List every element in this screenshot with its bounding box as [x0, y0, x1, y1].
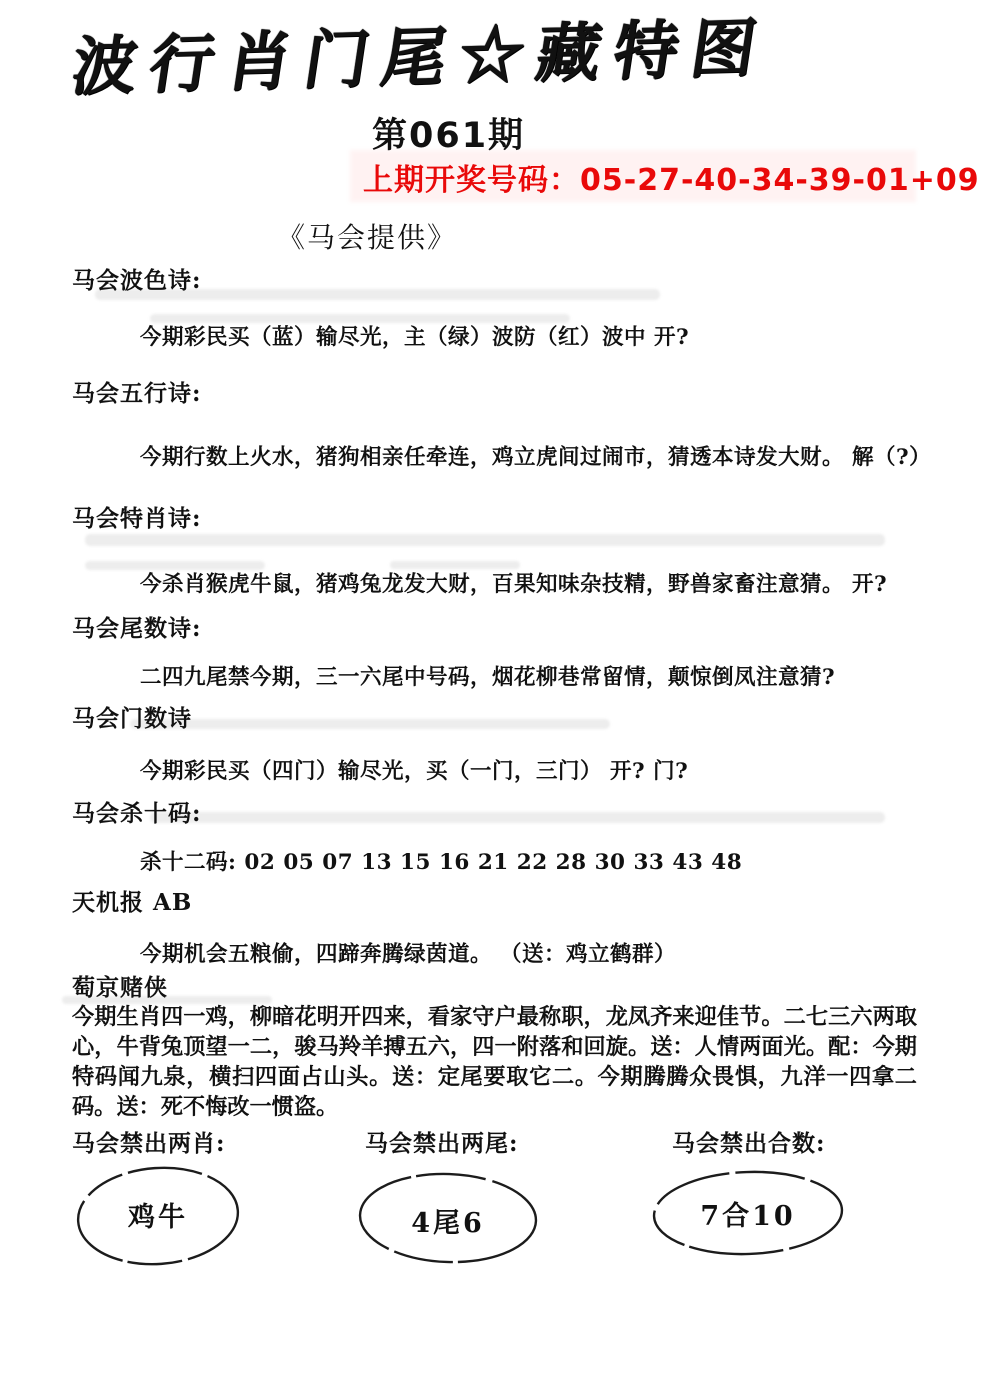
section-heading-kill-ten-codes: 马会杀十码:: [72, 795, 202, 828]
kill-twelve-codes-list: 杀十二码: 02 05 07 13 15 16 21 22 28 30 33 4…: [140, 845, 742, 876]
forbidden-value-tail: 4尾6: [360, 1178, 536, 1262]
section-poem-wave-color: 今期彩民买（蓝）输尽光，主（绿）波防（红）波中 开?: [140, 320, 689, 351]
forbidden-label-sum: 马会禁出合数:: [672, 1125, 826, 1158]
section-heading-tianji-report: 天机报 AB: [72, 884, 192, 917]
print-artifact: [150, 812, 885, 823]
section-poem-five-elements: 今期行数上火水，猪狗相亲任牵连，鸡立虎间过闹市，猜透本诗发大财。 解（?）: [140, 440, 931, 471]
forbidden-label-tail: 马会禁出两尾:: [365, 1125, 519, 1158]
forbidden-value-zodiac: 鸡牛: [78, 1168, 238, 1260]
section-heading-wave-color: 马会波色诗:: [72, 262, 202, 295]
last-draw-numbers: 上期开奖号码：05-27-40-34-39-01+09: [363, 155, 980, 199]
forbidden-label-zodiac: 马会禁出两肖:: [72, 1125, 226, 1158]
print-artifact: [85, 534, 885, 546]
issue-number: 第061期: [372, 108, 525, 158]
section-heading-five-elements: 马会五行诗:: [72, 375, 202, 408]
section-poem-special-zodiac: 今杀肖猴虎牛鼠，猪鸡兔龙发大财，百果知味杂技精，野兽家畜注意猜。 开?: [140, 567, 887, 598]
section-poem-gate-number: 今期彩民买（四门）输尽光，买（一门，三门） 开? 门?: [140, 754, 688, 785]
print-artifact: [130, 719, 610, 729]
provider-label: 《马会提供》: [277, 216, 457, 256]
gambler-paragraph: 今期生肖四一鸡，柳暗花明开四来，看家守户最称职，龙凤齐来迎佳节。二七三六两取心，…: [72, 1002, 917, 1122]
section-poem-tianji-report: 今期机会五粮偷，四蹄奔腾绿茵道。 （送：鸡立鹤群）: [140, 937, 676, 968]
page-title: 波行肖门尾☆藏特图: [66, 0, 853, 108]
section-heading-gate-number: 马会门数诗: [72, 700, 192, 733]
forbidden-value-sum: 7合10: [654, 1172, 842, 1254]
section-heading-tail-number: 马会尾数诗:: [72, 610, 202, 643]
section-poem-tail-number: 二四九尾禁今期，三一六尾中号码，烟花柳巷常留情，颠惊倒凤注意猜?: [140, 660, 835, 691]
section-heading-special-zodiac: 马会特肖诗:: [72, 500, 202, 533]
tip-sheet-page: 波行肖门尾☆藏特图 第061期 上期开奖号码：05-27-40-34-39-01…: [0, 0, 981, 1388]
gambler-heading: 萄京赌侠: [72, 969, 168, 1002]
